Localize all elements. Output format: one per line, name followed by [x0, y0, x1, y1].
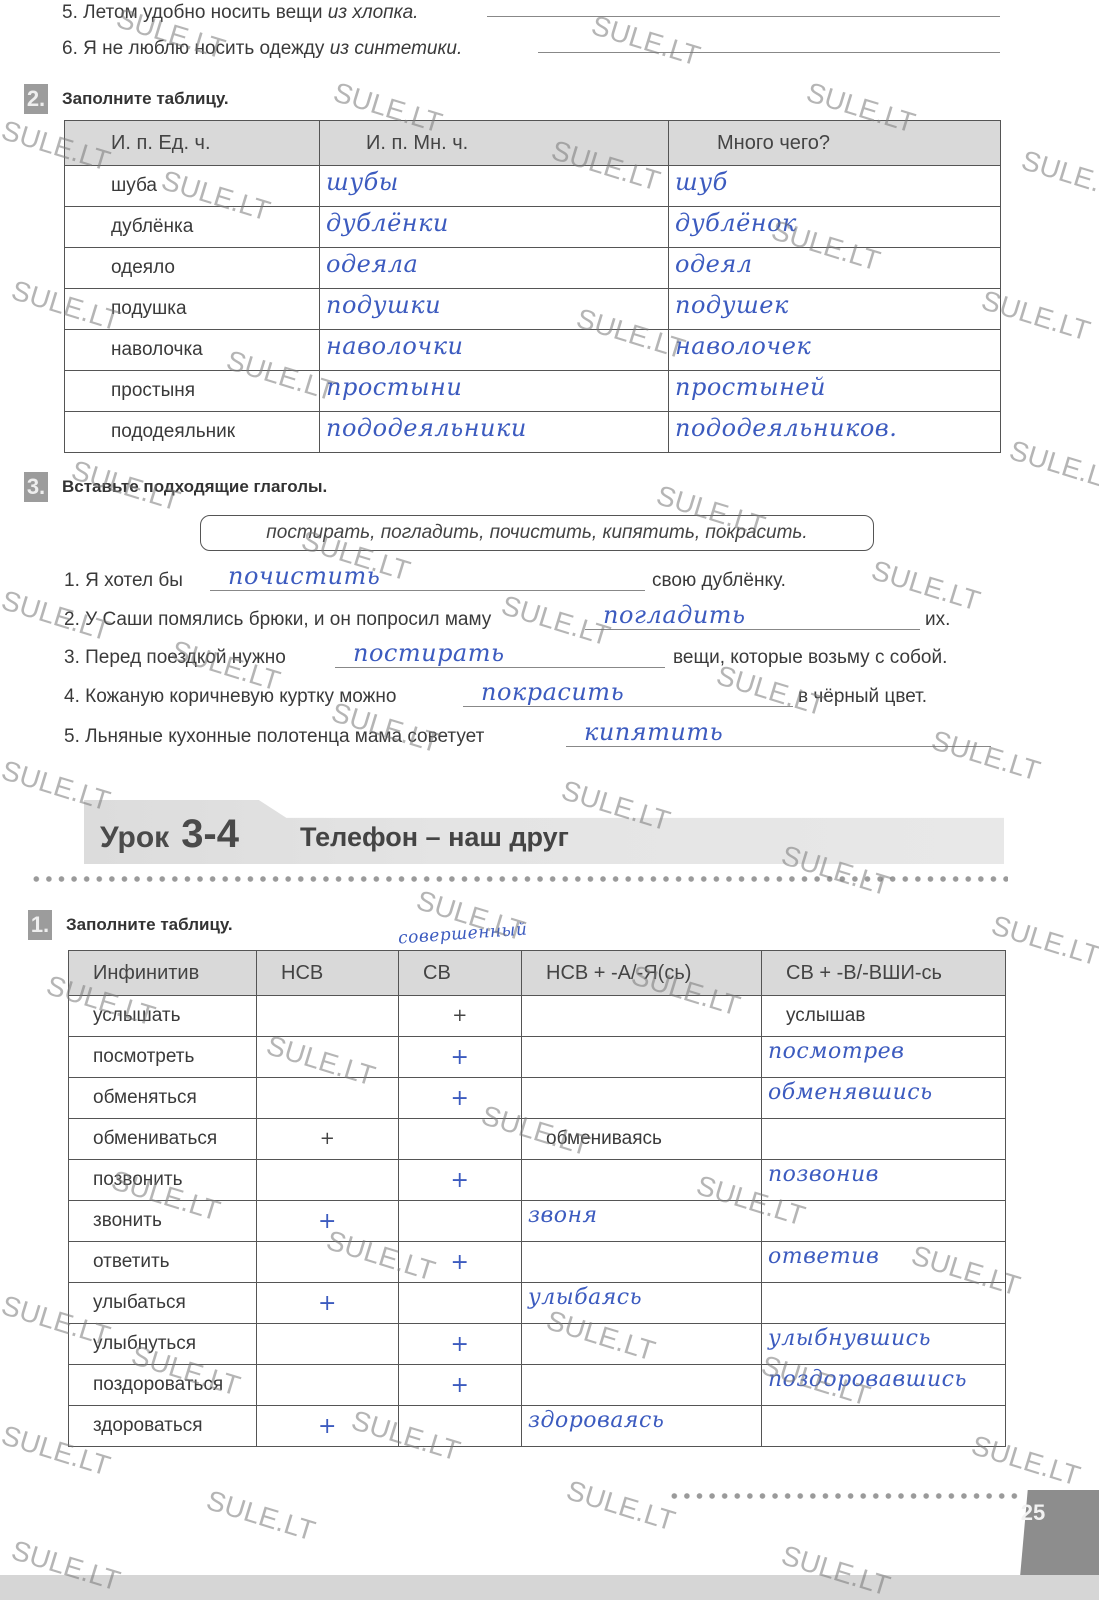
handwritten-answer: подушек: [675, 291, 789, 319]
handwritten-answer: простыней: [675, 373, 826, 401]
nsv-participle-cell[interactable]: [522, 1160, 762, 1201]
answer-line[interactable]: [335, 667, 665, 668]
table-row: звонить+звоня: [69, 1201, 1006, 1242]
nsv-cell[interactable]: [257, 1365, 399, 1406]
lesson-title: Телефон – наш друг: [300, 822, 569, 853]
column-header: Много чего?: [669, 121, 1001, 166]
sentence-text-after: вещи, которые возьму с собой.: [673, 647, 947, 669]
table-row: простыняпростынипростыней: [65, 371, 1001, 412]
handwritten-answer: обменявшись: [768, 1080, 933, 1105]
sv-participle-cell[interactable]: [762, 1406, 1006, 1447]
sv-cell[interactable]: +: [399, 1242, 522, 1283]
sv-cell[interactable]: +: [399, 1160, 522, 1201]
table-row: поздороваться+поздоровавшись: [69, 1365, 1006, 1406]
sv-participle-cell[interactable]: [762, 1283, 1006, 1324]
handwritten-answer: кипятить: [584, 718, 723, 746]
table-row: услышать+услышав: [69, 996, 1006, 1037]
lesson-label: Урок3-4: [100, 812, 239, 857]
handwritten-answer: дублёнки: [326, 209, 449, 237]
handwritten-answer: ответив: [768, 1244, 879, 1269]
handwritten-answer: шуб: [675, 168, 728, 196]
singular-cell: одеяло: [65, 248, 320, 289]
genitive-cell[interactable]: наволочек: [669, 330, 1001, 371]
exercise-title: Вставьте подходящие глаголы.: [62, 477, 327, 497]
watermark-text: SULE.LT: [203, 1484, 319, 1547]
nsv-participle-cell[interactable]: [522, 1242, 762, 1283]
sv-cell[interactable]: +: [399, 1324, 522, 1365]
table-row: позвонить+позвонив: [69, 1160, 1006, 1201]
genitive-cell[interactable]: простыней: [669, 371, 1001, 412]
aspect-mark: +: [451, 1045, 470, 1070]
nsv-cell[interactable]: [257, 1160, 399, 1201]
nsv-participle-cell[interactable]: обмениваясь: [522, 1119, 762, 1160]
aspect-mark: +: [451, 1086, 470, 1111]
table-row: шубашубышуб: [65, 166, 1001, 207]
printed-answer: обмениваясь: [546, 1128, 662, 1149]
nsv-cell[interactable]: +: [257, 1119, 399, 1160]
infinitive-cell: здороваться: [69, 1406, 257, 1447]
nsv-cell[interactable]: [257, 1324, 399, 1365]
sv-cell[interactable]: +: [399, 996, 522, 1037]
page-edge: [0, 1575, 1099, 1600]
genitive-cell[interactable]: пододеяльников.: [669, 412, 1001, 453]
sv-participle-cell[interactable]: поздоровавшись: [762, 1365, 1006, 1406]
sv-cell[interactable]: [399, 1406, 522, 1447]
plural-cell[interactable]: одеяла: [320, 248, 669, 289]
aspect-mark: +: [452, 1005, 468, 1026]
sv-participle-cell[interactable]: [762, 1201, 1006, 1242]
column-header: НСВ + -А/-Я(сь): [522, 951, 762, 996]
handwritten-answer: посмотрев: [768, 1039, 905, 1064]
handwritten-answer: погладить: [603, 601, 746, 629]
sentence-text: 4. Кожаную коричневую куртку можно: [64, 686, 396, 708]
plural-cell[interactable]: пододеяльники: [320, 412, 669, 453]
sv-cell[interactable]: [399, 1119, 522, 1160]
table-row: улыбаться+улыбаясь: [69, 1283, 1006, 1324]
table-row: обменяться+обменявшись: [69, 1078, 1006, 1119]
printed-answer: услышав: [786, 1005, 865, 1026]
table-row: подушкаподушкиподушек: [65, 289, 1001, 330]
sv-participle-cell[interactable]: ответив: [762, 1242, 1006, 1283]
singular-cell: простыня: [65, 371, 320, 412]
column-header: СВ + -В/-ВШИ-сь: [762, 951, 1006, 996]
handwritten-answer: пододеяльники: [326, 414, 527, 442]
table-row: улыбнуться+улыбнувшись: [69, 1324, 1006, 1365]
plural-cell[interactable]: шубы: [320, 166, 669, 207]
nsv-participle-cell[interactable]: [522, 1365, 762, 1406]
table-row: обмениваться+обмениваясь: [69, 1119, 1006, 1160]
nsv-participle-cell[interactable]: улыбаясь: [522, 1283, 762, 1324]
aspect-mark: +: [451, 1168, 470, 1193]
handwritten-answer: здороваясь: [528, 1408, 664, 1433]
plural-cell[interactable]: подушки: [320, 289, 669, 330]
nsv-cell[interactable]: [257, 1242, 399, 1283]
aspect-mark: +: [318, 1209, 337, 1234]
sv-cell[interactable]: +: [399, 1078, 522, 1119]
sv-participle-cell[interactable]: услышав: [762, 996, 1006, 1037]
sv-participle-cell[interactable]: [762, 1119, 1006, 1160]
handwritten-answer: постирать: [353, 639, 505, 667]
genitive-cell[interactable]: одеял: [669, 248, 1001, 289]
sv-participle-cell[interactable]: посмотрев: [762, 1037, 1006, 1078]
singular-cell: пододеяльник: [65, 412, 320, 453]
nsv-cell[interactable]: [257, 1078, 399, 1119]
answer-line[interactable]: [566, 746, 991, 747]
sv-participle-cell[interactable]: позвонив: [762, 1160, 1006, 1201]
plural-cell[interactable]: наволочки: [320, 330, 669, 371]
aspect-mark: +: [451, 1332, 470, 1357]
aspect-mark: +: [451, 1373, 470, 1398]
infinitive-cell: посмотреть: [69, 1037, 257, 1078]
nsv-participle-cell[interactable]: [522, 1324, 762, 1365]
watermark-text: SULE.LT: [1006, 434, 1099, 497]
infinitive-cell: обмениваться: [69, 1119, 257, 1160]
verb-aspect-table: Инфинитив НСВ СВ НСВ + -А/-Я(сь) СВ + -В…: [68, 950, 1006, 1447]
exercise-badge: 2.: [24, 84, 48, 114]
lesson-number: 3-4: [181, 812, 239, 857]
sv-participle-cell[interactable]: обменявшись: [762, 1078, 1006, 1119]
sentence-text: 3. Перед поездкой нужно: [64, 647, 286, 669]
handwritten-answer: подушки: [326, 291, 441, 319]
infinitive-cell: ответить: [69, 1242, 257, 1283]
infinitive-cell: улыбнуться: [69, 1324, 257, 1365]
page-number: 25: [1018, 1500, 1048, 1526]
nsv-cell[interactable]: +: [257, 1283, 399, 1324]
sv-cell[interactable]: +: [399, 1365, 522, 1406]
word-bank: постирать, погладить, почистить, кипятит…: [200, 515, 874, 551]
infinitive-cell: звонить: [69, 1201, 257, 1242]
infinitive-cell: позвонить: [69, 1160, 257, 1201]
handwritten-answer: наволочки: [326, 332, 463, 360]
footer-dotted-line: [668, 1492, 1018, 1500]
column-header: И. п. Ед. ч.: [65, 121, 320, 166]
aspect-mark: +: [318, 1414, 337, 1439]
sentence-text: 1. Я хотел бы: [64, 570, 183, 592]
plural-cell[interactable]: дублёнки: [320, 207, 669, 248]
column-header: Инфинитив: [69, 951, 257, 996]
exercise-badge: 3.: [24, 472, 48, 502]
aspect-mark: +: [318, 1291, 337, 1316]
infinitive-cell: услышать: [69, 996, 257, 1037]
sentence-text: 2. У Саши помялись брюки, и он попросил …: [64, 609, 491, 631]
sv-cell[interactable]: +: [399, 1037, 522, 1078]
handwritten-answer: улыбнувшись: [768, 1326, 931, 1351]
exercise-1-header: 1. Заполните таблицу.: [28, 910, 233, 940]
singular-cell: подушка: [65, 289, 320, 330]
handwritten-answer: звоня: [528, 1203, 598, 1228]
handwritten-answer: пододеяльников.: [675, 414, 897, 442]
table-row: пододеяльникпододеяльникипододеяльников.: [65, 412, 1001, 453]
nsv-cell[interactable]: +: [257, 1201, 399, 1242]
handwritten-answer: покрасить: [481, 678, 624, 706]
sv-cell[interactable]: [399, 1283, 522, 1324]
sentence-text-after: в чёрный цвет.: [798, 686, 927, 708]
sv-cell[interactable]: [399, 1201, 522, 1242]
noun-forms-table: И. п. Ед. ч. И. п. Мн. ч. Много чего? шу…: [64, 120, 1001, 453]
answer-line[interactable]: [210, 590, 645, 591]
nsv-participle-cell[interactable]: [522, 1037, 762, 1078]
sentence-text-after: их.: [925, 609, 950, 631]
genitive-cell[interactable]: дублёнок: [669, 207, 1001, 248]
exercise-2-header: 2. Заполните таблицу.: [24, 84, 229, 114]
handwritten-answer: поздоровавшись: [768, 1367, 967, 1392]
nsv-participle-cell[interactable]: [522, 1078, 762, 1119]
answer-line[interactable]: [585, 629, 920, 630]
handwritten-answer: одеял: [675, 250, 753, 278]
nsv-cell[interactable]: [257, 996, 399, 1037]
table-row: ответить+ответив: [69, 1242, 1006, 1283]
nsv-participle-cell[interactable]: здороваясь: [522, 1406, 762, 1447]
answer-line[interactable]: [538, 52, 1000, 53]
handwritten-answer: простыни: [326, 373, 462, 401]
handwritten-answer: шубы: [326, 168, 399, 196]
infinitive-cell: поздороваться: [69, 1365, 257, 1406]
watermark-text: SULE.LT: [588, 9, 704, 72]
sv-participle-cell[interactable]: улыбнувшись: [762, 1324, 1006, 1365]
handwritten-answer: одеяла: [326, 250, 418, 278]
handwritten-answer: наволочек: [675, 332, 811, 360]
answer-line[interactable]: [487, 16, 1000, 17]
genitive-cell[interactable]: шуб: [669, 166, 1001, 207]
answer-line[interactable]: [463, 706, 793, 707]
table-row: посмотреть+посмотрев: [69, 1037, 1006, 1078]
aspect-mark: +: [451, 1250, 470, 1275]
nsv-participle-cell[interactable]: [522, 996, 762, 1037]
handwritten-answer: дублёнок: [675, 209, 797, 237]
prev-item-5: 5. Летом удобно носить вещи из хлопка.: [62, 2, 418, 24]
nsv-participle-cell[interactable]: звоня: [522, 1201, 762, 1242]
column-header: НСВ: [257, 951, 399, 996]
nsv-cell[interactable]: [257, 1037, 399, 1078]
nsv-cell[interactable]: +: [257, 1406, 399, 1447]
exercise-title: Заполните таблицу.: [62, 89, 229, 109]
column-header: И. п. Мн. ч.: [320, 121, 669, 166]
plural-cell[interactable]: простыни: [320, 371, 669, 412]
exercise-title: Заполните таблицу.: [66, 915, 233, 935]
infinitive-cell: улыбаться: [69, 1283, 257, 1324]
singular-cell: дублёнка: [65, 207, 320, 248]
table-row: одеялоодеялаодеял: [65, 248, 1001, 289]
singular-cell: шуба: [65, 166, 320, 207]
table-row: дублёнкадублёнкидублёнок: [65, 207, 1001, 248]
column-header: СВ: [399, 951, 522, 996]
watermark-text: SULE.LT: [498, 589, 614, 652]
genitive-cell[interactable]: подушек: [669, 289, 1001, 330]
exercise-badge: 1.: [28, 910, 52, 940]
sentence-text-after: свою дублёнку.: [652, 570, 786, 592]
watermark-text: SULE.LT: [928, 724, 1044, 787]
handwritten-note: совершенный: [397, 920, 528, 949]
handwritten-answer: почистить: [228, 562, 380, 590]
exercise-3-header: 3. Вставьте подходящие глаголы.: [24, 472, 327, 502]
sentence-text: 5. Льняные кухонные полотенца мама совет…: [64, 726, 484, 748]
dotted-divider: [30, 875, 1008, 883]
singular-cell: наволочка: [65, 330, 320, 371]
handwritten-answer: позвонив: [768, 1162, 879, 1187]
table-row: наволочканаволочкинаволочек: [65, 330, 1001, 371]
prev-item-6: 6. Я не люблю носить одежду из синтетики…: [62, 38, 462, 60]
infinitive-cell: обменяться: [69, 1078, 257, 1119]
watermark-text: SULE.LT: [1018, 144, 1099, 207]
handwritten-answer: улыбаясь: [528, 1285, 642, 1310]
watermark-text: SULE.LT: [563, 1474, 679, 1537]
aspect-mark: +: [320, 1128, 336, 1149]
table-row: здороваться+здороваясь: [69, 1406, 1006, 1447]
